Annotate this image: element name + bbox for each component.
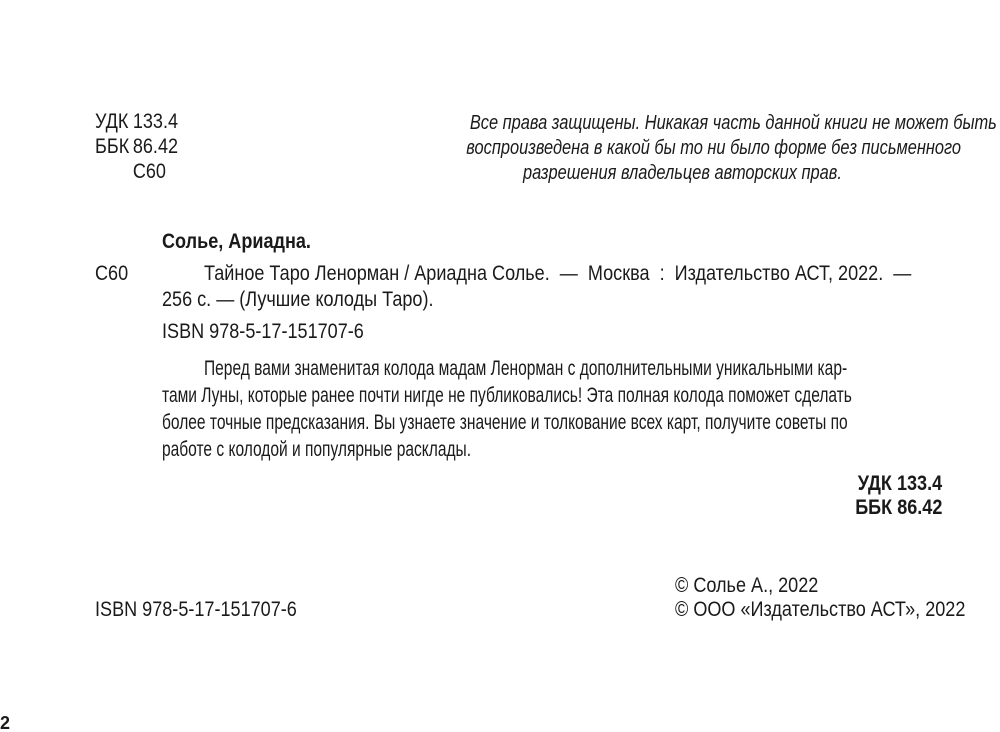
copyright-line: © Солье А., 2022 xyxy=(675,574,818,598)
author-mark: С60 xyxy=(133,160,166,183)
copyright-block: © Солье А., 2022 © ООО «Издательство АСТ… xyxy=(675,574,1000,622)
udk-row: УДК133.4 xyxy=(95,110,192,135)
annotation-line: работе с колодой и популярные расклады. xyxy=(162,436,471,463)
annotation-line: Перед вами знаменитая колода мадам Ленор… xyxy=(204,355,847,382)
rights-line: Все права защищены. Никакая часть данной… xyxy=(470,111,997,136)
udk-bottom: УДК 133.4 xyxy=(858,472,942,496)
rights-notice: Все права защищены. Никакая часть данной… xyxy=(412,111,952,186)
bbk-bottom: ББК 86.42 xyxy=(855,496,942,520)
bbk-label: ББК xyxy=(95,135,133,159)
annotation-line: тами Луны, которые ранее почти нигде не … xyxy=(162,382,852,409)
rights-line: разрешения владельцев авторских прав. xyxy=(523,161,842,186)
rights-line: воспроизведена в какой бы то ни было фор… xyxy=(466,136,961,161)
bibliographic-line-2: 256 с. — (Лучшие колоды Таро). xyxy=(162,288,478,312)
page-number: 2 xyxy=(0,713,10,732)
bbk-value: 86.42 xyxy=(133,135,178,158)
author-heading: Солье, Ариадна. xyxy=(162,230,335,254)
author-mark-row: С60 xyxy=(95,160,192,185)
annotation: Перед вами знаменитая колода мадам Ленор… xyxy=(162,355,942,463)
record-isbn: ISBN 978-5-17-151707-6 xyxy=(162,320,397,344)
udk-value: 133.4 xyxy=(133,110,178,133)
record-author-mark: С60 xyxy=(95,262,134,286)
copyright-line: © ООО «Издательство АСТ», 2022 xyxy=(675,598,965,622)
classification-block: УДК133.4 ББК86.42 С60 xyxy=(95,110,192,185)
annotation-line: более точные предсказания. Вы узнаете зн… xyxy=(162,409,848,436)
udk-label: УДК xyxy=(95,110,133,134)
classification-bottom: УДК 133.4 ББК 86.42 xyxy=(841,472,942,520)
bibliographic-line-1: Тайное Таро Ленорман / Ариадна Солье. — … xyxy=(204,262,1000,286)
isbn-bottom: ISBN 978-5-17-151707-6 xyxy=(95,598,330,622)
bbk-row: ББК86.42 xyxy=(95,135,192,160)
